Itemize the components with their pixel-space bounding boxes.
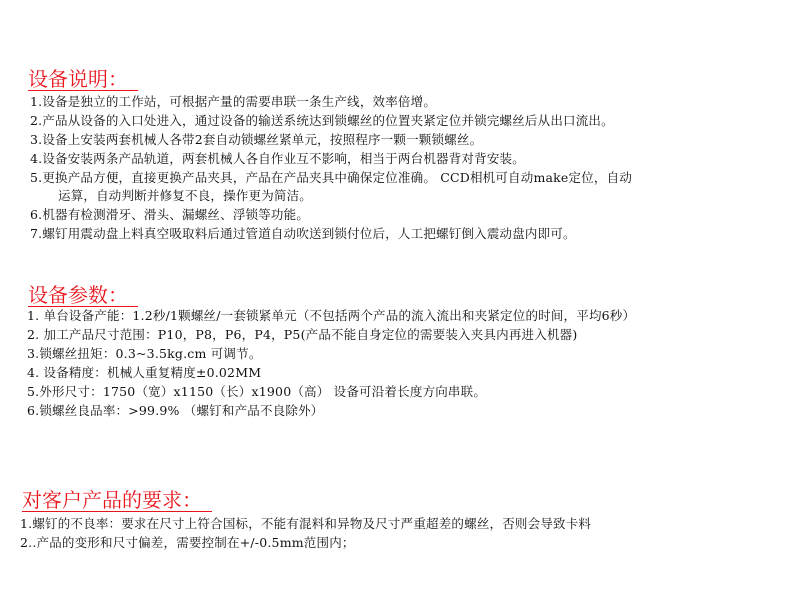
section-heading: 设备参数： (28, 284, 138, 307)
list-item: 2..产品的变形和尺寸偏差，需要控制在+/-0.5mm范围内； (20, 535, 355, 550)
list-item: 3.锁螺丝扭矩：0.3~3.5kg.cm 可调节。 (27, 346, 262, 361)
list-item: 5.外形尺寸：1750（宽）x1150（长）x1900（高） 设备可沿着长度方向… (27, 384, 486, 399)
list-item: 6.锁螺丝良品率：>99.9% （螺钉和产品不良除外） (27, 403, 323, 418)
list-item: 5.更换产品方便，直接更换产品夹具，产品在产品夹具中确保定位准确。 CCD相机可… (30, 170, 632, 185)
list-item: 4. 设备精度：机械人重复精度±0.02MM (27, 365, 261, 380)
section-heading: 对客户产品的要求： (22, 489, 212, 512)
list-item: 6.机器有检测滑牙、滑头、漏螺丝、浮锁等功能。 (30, 207, 309, 222)
list-item: 2.产品从设备的入口处进入，通过设备的输送系统达到锁螺丝的位置夹紧定位并锁完螺丝… (30, 113, 614, 128)
list-item: 1. 单台设备产能：1.2秒/1颗螺丝/一套锁紧单元（不包括两个产品的流入流出和… (27, 308, 635, 323)
list-item: 1.螺钉的不良率：要求在尺寸上符合国标，不能有混料和异物及尺寸严重超差的螺丝，否… (20, 516, 591, 531)
list-item: 3.设备上安装两套机械人各带2套自动锁螺丝紧单元，按照程序一颗一颗锁螺丝。 (30, 132, 482, 147)
list-item-continuation: 运算，自动判断并修复不良，操作更为简洁。 (30, 188, 312, 203)
list-item: 7.螺钉用震动盘上料真空吸取料后通过管道自动吹送到锁付位后，人工把螺钉倒入震动盘… (30, 226, 576, 241)
section-heading: 设备说明： (28, 68, 138, 91)
list-item: 4.设备安装两条产品轨道，两套机械人各自作业互不影响，相当于两台机器背对背安装。 (30, 151, 525, 166)
list-item: 1.设备是独立的工作站，可根据产量的需要串联一条生产线，效率倍增。 (30, 94, 436, 109)
list-item: 2. 加工产品尺寸范围：P10，P8，P6，P4，P5(产品不能自身定位的需要装… (27, 327, 577, 342)
